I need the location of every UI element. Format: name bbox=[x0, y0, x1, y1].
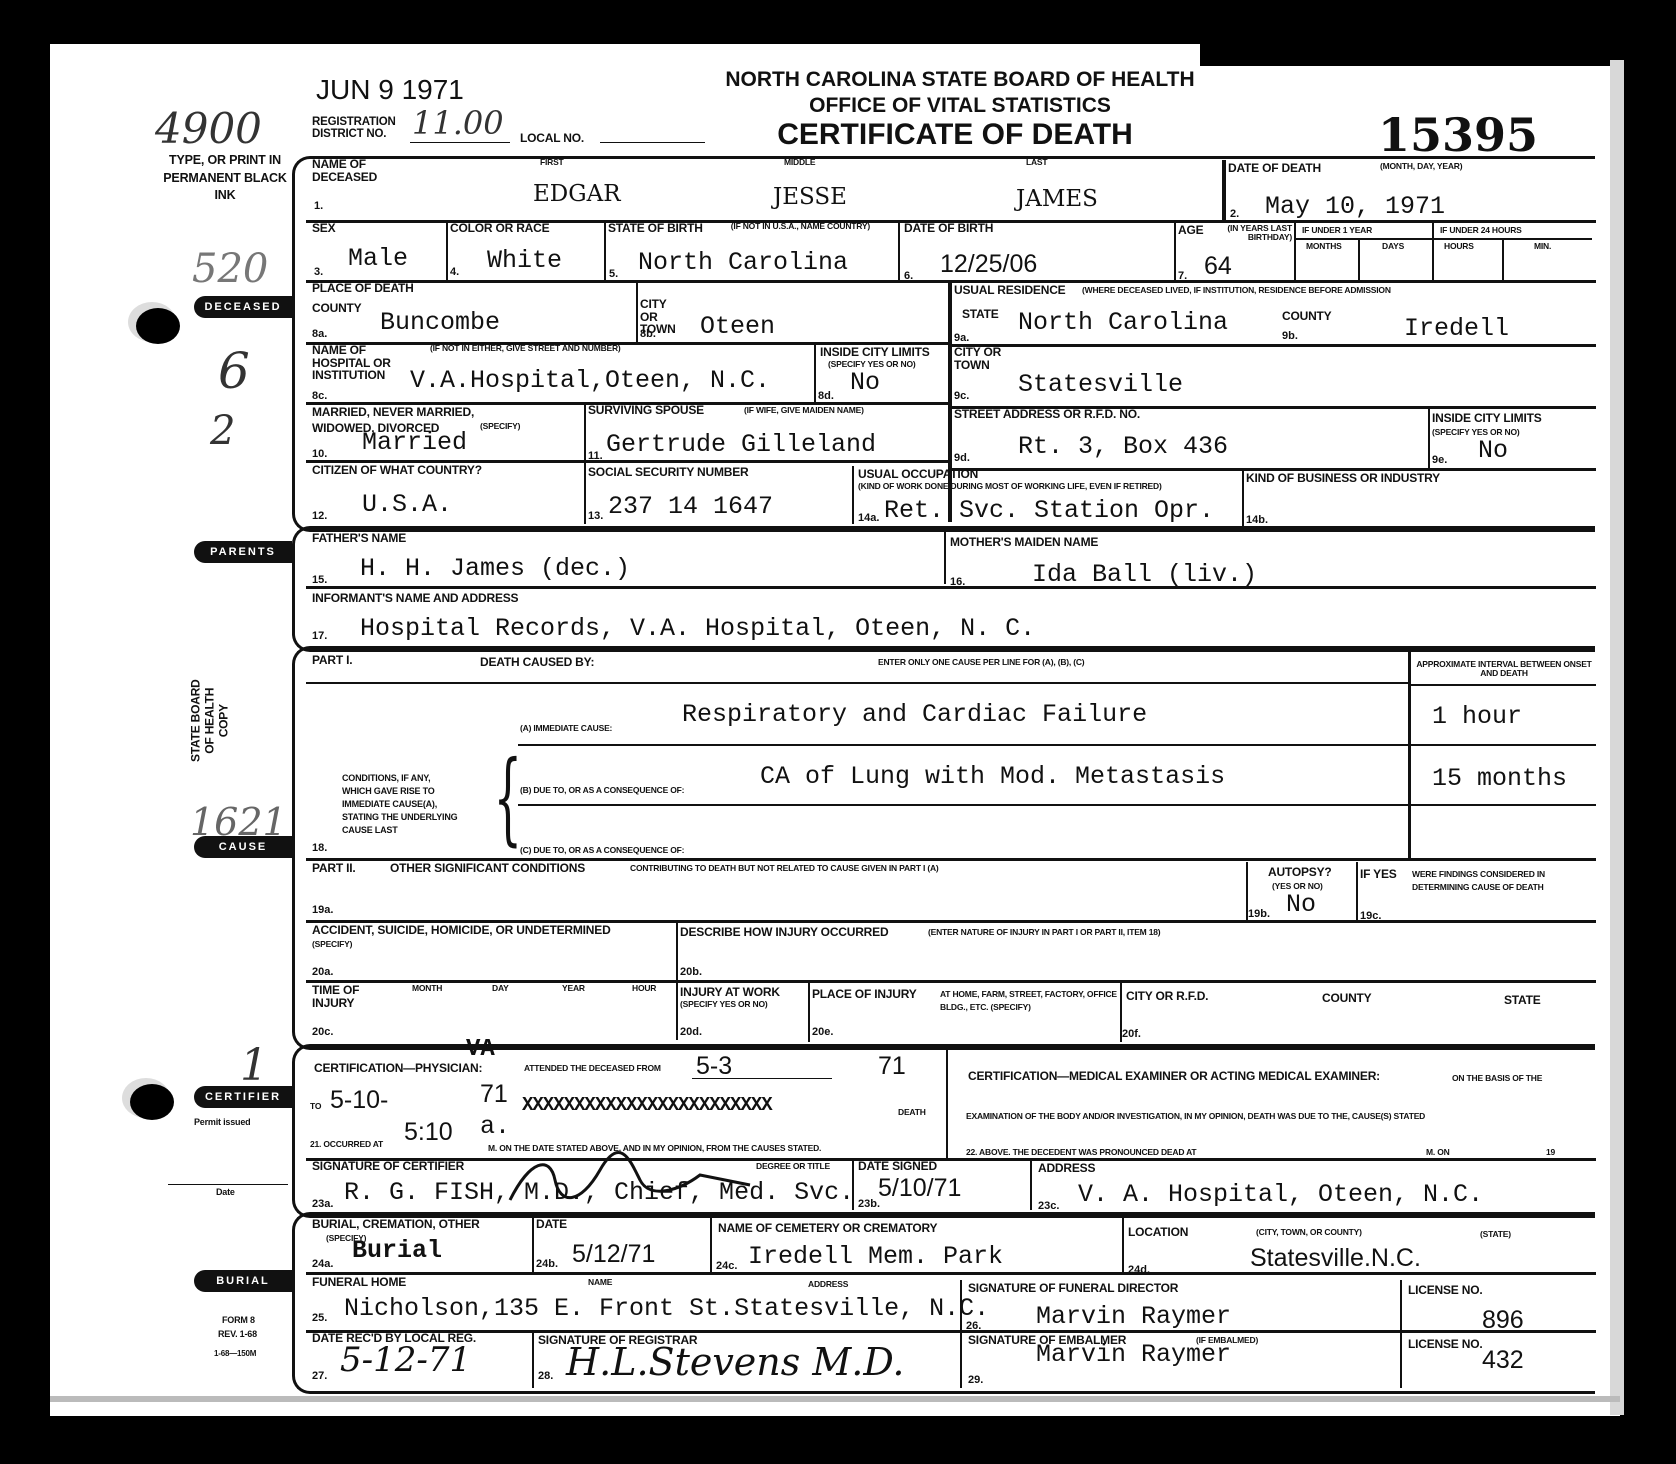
item-number-25: 25. bbox=[312, 1312, 327, 1324]
funeral-director-value: Marvin Raymer bbox=[1036, 1302, 1231, 1331]
signature-label: SIGNATURE OF CERTIFIER bbox=[312, 1160, 464, 1173]
hospital-label: NAME OF HOSPITAL OR INSTITUTION bbox=[312, 344, 400, 382]
occupation-label: USUAL OCCUPATION bbox=[858, 468, 978, 481]
cause-a-value: Respiratory and Cardiac Failure bbox=[682, 700, 1147, 729]
divider bbox=[604, 222, 606, 280]
item-number-20b: 20b. bbox=[680, 966, 702, 978]
date-of-death-value: May 10, 1971 bbox=[1265, 192, 1445, 221]
divider bbox=[814, 344, 816, 402]
divider bbox=[584, 460, 586, 524]
occupation-value: Ret. Svc. Station Opr. bbox=[884, 496, 1214, 525]
item-number-9d: 9d. bbox=[954, 452, 970, 464]
item-number-20d: 20d. bbox=[680, 1026, 702, 1038]
item-number-18: 18. bbox=[312, 842, 327, 854]
date-of-death-hint: (MONTH, DAY, YEAR) bbox=[1380, 162, 1462, 171]
divider bbox=[1242, 468, 1244, 526]
inside-city-label: INSIDE CITY LIMITS bbox=[820, 346, 930, 359]
divider bbox=[1294, 222, 1296, 280]
time-of-injury-label: TIME OF INJURY bbox=[312, 984, 372, 1009]
attended-from-year: 71 bbox=[878, 1052, 906, 1081]
burial-date-value: 5/12/71 bbox=[572, 1240, 655, 1269]
va-mark: VA bbox=[466, 1036, 495, 1063]
embalmer-license-value: 432 bbox=[1482, 1346, 1524, 1375]
row-divider bbox=[306, 586, 1596, 589]
divider bbox=[532, 1216, 534, 1272]
accident-label: ACCIDENT, SUICIDE, HOMICIDE, OR UNDETERM… bbox=[312, 924, 611, 937]
medical-examiner-19: 19 bbox=[1546, 1148, 1555, 1157]
funeral-home-value: Nicholson,135 E. Front St.Statesville, N… bbox=[344, 1294, 989, 1323]
divider bbox=[1502, 238, 1504, 280]
divider bbox=[710, 1216, 712, 1272]
punch-hole-top bbox=[136, 308, 180, 344]
item-number-14b: 14b. bbox=[1246, 514, 1268, 526]
injury-at-work-label: INJURY AT WORK bbox=[680, 986, 780, 999]
residence-city-label: CITY OR TOWN bbox=[954, 346, 1010, 371]
accident-hint: (SPECIFY) bbox=[312, 940, 352, 949]
findings-label: WERE FINDINGS CONSIDERED IN DETERMINING … bbox=[1412, 868, 1592, 894]
occupation-hint: (KIND OF WORK DONE DURING MOST OF WORKIN… bbox=[858, 482, 1218, 491]
divider bbox=[1122, 1218, 1124, 1274]
medical-examiner-text-2: EXAMINATION OF THE BODY AND/OR INVESTIGA… bbox=[966, 1112, 1425, 1121]
certifier-address-label: ADDRESS bbox=[1038, 1162, 1095, 1175]
item-number-23c: 23c. bbox=[1038, 1200, 1059, 1212]
item-number-8a: 8a. bbox=[312, 328, 327, 340]
injury-state-label: STATE bbox=[1504, 994, 1541, 1007]
divider bbox=[636, 282, 638, 342]
divider bbox=[1222, 160, 1226, 222]
location-hint: (CITY, TOWN, OR COUNTY) bbox=[1256, 1228, 1362, 1237]
divider bbox=[808, 980, 810, 1042]
registration-district-value: 11.00 bbox=[412, 104, 504, 142]
medical-examiner-label: CERTIFICATION—MEDICAL EXAMINER OR ACTING… bbox=[968, 1070, 1380, 1083]
divider bbox=[1432, 222, 1434, 280]
conditions-note: CONDITIONS, IF ANY, WHICH GAVE RISE TO I… bbox=[342, 772, 462, 837]
section-tab-burial: BURIAL bbox=[194, 1270, 292, 1292]
residence-inside-city-value: No bbox=[1478, 436, 1508, 465]
place-of-injury-hint: AT HOME, FARM, STREET, FACTORY, OFFICE B… bbox=[940, 988, 1120, 1014]
name-label: NAME OF DECEASED bbox=[312, 158, 382, 183]
residence-label: USUAL RESIDENCE bbox=[954, 284, 1065, 297]
divider bbox=[1356, 862, 1358, 922]
middle-name-value: JESSE bbox=[773, 184, 847, 210]
item-number-8b: 8b. bbox=[640, 328, 656, 340]
part1-label: PART I. bbox=[312, 654, 352, 667]
item-number-3: 3. bbox=[314, 266, 323, 278]
father-value: H. H. James (dec.) bbox=[360, 554, 630, 583]
spouse-label: SURVIVING SPOUSE bbox=[588, 404, 704, 417]
certificate-number: 15395 bbox=[1378, 108, 1538, 162]
ssn-value: 237 14 1647 bbox=[608, 492, 773, 521]
scan-edge-right bbox=[1610, 60, 1624, 1415]
state-of-birth-hint: (IF NOT IN U.S.A., NAME COUNTRY) bbox=[730, 222, 870, 231]
hospital-hint: (IF NOT IN EITHER, GIVE STREET AND NUMBE… bbox=[430, 344, 621, 353]
informant-label: INFORMANT'S NAME AND ADDRESS bbox=[312, 592, 518, 605]
item-number-1: 1. bbox=[314, 200, 323, 212]
injury-year-label: YEAR bbox=[562, 984, 585, 993]
last-name-value: JAMES bbox=[1016, 186, 1098, 212]
scan-edge-top bbox=[1200, 44, 1620, 66]
item-number-20e: 20e. bbox=[812, 1026, 833, 1038]
cause-b-interval: 15 months bbox=[1432, 764, 1567, 793]
medical-examiner-text-1: ON THE BASIS OF THE bbox=[1452, 1074, 1542, 1083]
director-license-label: LICENSE NO. bbox=[1408, 1284, 1482, 1297]
attended-to-value: 5-10- bbox=[330, 1086, 388, 1115]
item-number-8d: 8d. bbox=[818, 390, 834, 402]
state-of-birth-value: North Carolina bbox=[638, 248, 848, 277]
funeral-home-name-label: NAME bbox=[588, 1278, 612, 1287]
divider bbox=[1428, 408, 1430, 468]
permit-date-label: Date bbox=[216, 1188, 235, 1197]
cause-a-interval: 1 hour bbox=[1432, 702, 1522, 731]
one-cause-hint: ENTER ONLY ONE CAUSE PER LINE FOR (a), (… bbox=[878, 658, 1084, 667]
citizen-value: U.S.A. bbox=[362, 490, 452, 519]
funeral-home-address-label: ADDRESS bbox=[808, 1280, 848, 1289]
state-board-copy-label: STATE BOARD OF HEALTH COPY bbox=[189, 671, 230, 771]
location-value: Statesville.N.C. bbox=[1250, 1244, 1421, 1273]
death-label: DEATH bbox=[898, 1108, 926, 1117]
hospital-value: V.A.Hospital,Oteen, N.C. bbox=[410, 366, 770, 395]
inside-city-value: No bbox=[850, 368, 880, 397]
injury-day-label: DAY bbox=[492, 984, 509, 993]
item-number-28: 28. bbox=[538, 1370, 553, 1382]
item-number-9e: 9e. bbox=[1432, 454, 1447, 466]
attended-to-year: 71 bbox=[480, 1080, 508, 1109]
days-label: DAYS bbox=[1382, 242, 1404, 251]
divider bbox=[1030, 1158, 1032, 1210]
medical-examiner-m-on: M. ON bbox=[1426, 1148, 1450, 1157]
embalmer-value: Marvin Raymer bbox=[1036, 1340, 1231, 1369]
permit-issued-label: Permit issued bbox=[194, 1118, 250, 1127]
margin-note-6: 6 bbox=[218, 342, 250, 400]
under-24-hours-label: IF UNDER 24 HOURS bbox=[1440, 226, 1522, 235]
cemetery-label: NAME OF CEMETERY OR CREMATORY bbox=[718, 1222, 937, 1235]
scan-edge-bottom bbox=[50, 1396, 1620, 1402]
funeral-home-label: FUNERAL HOME bbox=[312, 1276, 406, 1289]
office-name: OFFICE OF VITAL STATISTICS bbox=[720, 94, 1200, 118]
item-number-29: 29. bbox=[968, 1374, 983, 1386]
local-no-underline bbox=[600, 142, 705, 143]
burial-date-label: DATE bbox=[536, 1218, 567, 1231]
injury-month-label: MONTH bbox=[412, 984, 442, 993]
age-value: 64 bbox=[1204, 252, 1232, 281]
residence-hint: (WHERE DECEASED LIVED, IF INSTITUTION, R… bbox=[1082, 286, 1391, 295]
ssn-label: SOCIAL SECURITY NUMBER bbox=[588, 466, 749, 479]
death-county-value: Buncombe bbox=[380, 308, 500, 337]
item-number-24b: 24b. bbox=[536, 1258, 558, 1270]
dob-label: DATE OF BIRTH bbox=[904, 222, 993, 235]
certifier-address-value: V. A. Hospital, Oteen, N.C. bbox=[1078, 1180, 1483, 1209]
first-name-value: EDGAR bbox=[533, 181, 621, 207]
cemetery-value: Iredell Mem. Park bbox=[748, 1242, 1003, 1271]
other-conditions-label: OTHER SIGNIFICANT CONDITIONS bbox=[390, 862, 585, 875]
divider bbox=[852, 1158, 854, 1210]
marital-status-hint: (SPECIFY) bbox=[480, 422, 520, 431]
other-conditions-hint: CONTRIBUTING TO DEATH BUT NOT RELATED TO… bbox=[630, 864, 939, 873]
item-number-9c: 9c. bbox=[954, 390, 969, 402]
item-number-24c: 24c. bbox=[716, 1260, 737, 1272]
row-divider bbox=[1410, 684, 1596, 686]
ink-instruction: TYPE, OR PRINT IN PERMANENT BLACK INK bbox=[160, 152, 290, 205]
divider bbox=[1358, 238, 1360, 280]
cause-b-label: (b) DUE TO, OR AS A CONSEQUENCE OF: bbox=[520, 786, 684, 795]
row-divider bbox=[950, 344, 1596, 347]
item-number-24a: 24a. bbox=[312, 1258, 333, 1270]
occurred-time-value: 5:10 bbox=[404, 1118, 453, 1147]
autopsy-label: AUTOPSY? bbox=[1268, 866, 1332, 879]
section-tab-deceased: DECEASED bbox=[194, 296, 292, 318]
place-of-injury-label: PLACE OF INJURY bbox=[812, 988, 917, 1001]
residence-county-value: Iredell bbox=[1404, 314, 1509, 343]
section-tab-certifier: CERTIFIER bbox=[194, 1086, 292, 1108]
registration-district-label: REGISTRATION DISTRICT NO. bbox=[312, 116, 407, 140]
date-of-death-label: DATE OF DEATH bbox=[1228, 162, 1321, 175]
residence-street-label: STREET ADDRESS OR R.F.D. No. bbox=[954, 408, 1140, 421]
middle-name-label: MIDDLE bbox=[784, 158, 815, 167]
divider bbox=[1400, 1280, 1402, 1388]
if-yes-label: IF YES bbox=[1360, 868, 1397, 881]
disposition-label: BURIAL, CREMATION, OTHER bbox=[312, 1218, 480, 1231]
state-of-birth-label: STATE OF BIRTH bbox=[608, 222, 703, 235]
brace-icon: { bbox=[493, 748, 522, 848]
dob-value: 12/25/06 bbox=[940, 250, 1037, 279]
cause-b-value: CA of Lung with Mod. Metastasis bbox=[760, 762, 1225, 791]
disposition-value: Burial bbox=[352, 1236, 442, 1265]
mother-label: MOTHER'S MAIDEN NAME bbox=[950, 536, 1098, 549]
cause-a-label: (a) IMMEDIATE CAUSE: bbox=[520, 724, 612, 733]
form-number: FORM 8 bbox=[222, 1316, 255, 1325]
location-state-hint: (STATE) bbox=[1480, 1230, 1511, 1239]
business-label: KIND OF BUSINESS OR INDUSTRY bbox=[1246, 472, 1440, 485]
item-number-10: 10. bbox=[312, 448, 327, 460]
divider bbox=[946, 1048, 948, 1158]
divider bbox=[960, 1280, 962, 1388]
hours-label: HOURS bbox=[1444, 242, 1474, 251]
item-number-12: 12. bbox=[312, 510, 327, 522]
date-signed-label: DATE SIGNED bbox=[858, 1160, 937, 1173]
place-of-death-label: PLACE OF DEATH bbox=[312, 282, 414, 295]
item-number-4: 4. bbox=[450, 266, 459, 278]
am-pm-value: a. bbox=[480, 1112, 510, 1141]
margin-note-1: 1 bbox=[240, 1040, 268, 1091]
item-number-17: 17. bbox=[312, 630, 327, 642]
spouse-value: Gertrude Gilleland bbox=[606, 430, 876, 459]
race-label: COLOR OR RACE bbox=[450, 222, 549, 235]
cause-c-label: (c) DUE TO, OR AS A CONSEQUENCE OF: bbox=[520, 846, 684, 855]
item-number-23a: 23a. bbox=[312, 1198, 333, 1210]
marital-status-value: Married bbox=[362, 428, 467, 457]
attended-from-label: ATTENDED THE DECEASED FROM bbox=[524, 1064, 661, 1073]
margin-note-520: 520 bbox=[192, 246, 268, 292]
divider bbox=[898, 222, 900, 280]
part2-label: PART II. bbox=[312, 862, 356, 875]
age-label: AGE bbox=[1178, 224, 1203, 237]
item-number-9a: 9a. bbox=[954, 332, 969, 344]
margin-note-4900: 4900 bbox=[155, 104, 262, 153]
document-title: CERTIFICATE OF DEATH bbox=[720, 118, 1190, 152]
death-county-label: COUNTY bbox=[312, 302, 361, 315]
item-number-19a: 19a. bbox=[312, 904, 333, 916]
death-city-value: Oteen bbox=[700, 312, 775, 341]
item-number-5: 5. bbox=[609, 268, 618, 280]
injury-county-label: COUNTY bbox=[1322, 992, 1371, 1005]
form-revision: REV. 1-68 bbox=[218, 1330, 257, 1339]
local-no-label: LOCAL NO. bbox=[520, 132, 584, 145]
degree-label: DEGREE OR TITLE bbox=[756, 1162, 830, 1171]
father-label: FATHER'S NAME bbox=[312, 532, 406, 545]
item-number-23b: 23b. bbox=[858, 1198, 880, 1210]
residence-state-value: North Carolina bbox=[1018, 308, 1228, 337]
injury-city-label: CITY OR R.F.D. bbox=[1126, 990, 1208, 1003]
item-number-9b: 9b. bbox=[1282, 330, 1298, 342]
interval-label: APPROXIMATE INTERVAL BETWEEN ONSET AND D… bbox=[1414, 660, 1594, 678]
item-number-27: 27. bbox=[312, 1370, 327, 1382]
under-1-year-label: IF UNDER 1 YEAR bbox=[1302, 226, 1372, 235]
divider bbox=[944, 528, 946, 584]
agency-name: NORTH CAROLINA STATE BOARD OF HEALTH bbox=[720, 68, 1200, 92]
underline bbox=[692, 1078, 832, 1079]
item-number-19b: 19b. bbox=[1248, 908, 1270, 920]
to-label: TO bbox=[310, 1102, 321, 1111]
row-divider bbox=[306, 1330, 1596, 1333]
autopsy-value: No bbox=[1286, 890, 1316, 919]
mother-value: Ida Ball (liv.) bbox=[1032, 560, 1257, 589]
injury-description-label: DESCRIBE HOW INJURY OCCURRED bbox=[680, 926, 888, 939]
divider bbox=[446, 222, 448, 280]
sex-label: SEX bbox=[312, 222, 335, 235]
registrar-signature-value: H.L.Stevens M.D. bbox=[566, 1340, 905, 1384]
death-caused-by-label: DEATH CAUSED BY: bbox=[480, 656, 594, 669]
row-divider bbox=[306, 682, 1408, 684]
item-number-20c: 20c. bbox=[312, 1026, 333, 1038]
physician-certification-label: CERTIFICATION—PHYSICIAN: bbox=[314, 1062, 482, 1075]
attended-from-value: 5-3 bbox=[696, 1052, 732, 1081]
item-number-15: 15. bbox=[312, 574, 327, 586]
divider bbox=[532, 1330, 534, 1388]
item-number-2: 2. bbox=[1230, 208, 1239, 220]
citizen-label: CITIZEN OF WHAT COUNTRY? bbox=[312, 464, 482, 477]
section-tab-parents: PARENTS bbox=[194, 541, 292, 563]
last-name-label: LAST bbox=[1026, 158, 1047, 167]
min-label: MIN. bbox=[1534, 242, 1551, 251]
permit-date-line bbox=[168, 1184, 288, 1185]
occurred-at-label: 21. OCCURRED AT bbox=[310, 1140, 383, 1149]
injury-description-hint: (ENTER NATURE OF INJURY IN PART I OR PAR… bbox=[928, 928, 1160, 937]
residence-city-value: Statesville bbox=[1018, 370, 1183, 399]
divider bbox=[1174, 222, 1176, 280]
row-divider bbox=[306, 1272, 1596, 1275]
residence-street-value: Rt. 3, Box 436 bbox=[1018, 432, 1228, 461]
informant-value: Hospital Records, V.A. Hospital, Oteen, … bbox=[360, 614, 1035, 643]
certifier-signature-scrawl-icon bbox=[500, 1150, 760, 1210]
medical-examiner-text-3: 22. ABOVE. THE DECEDENT WAS PRONOUNCED D… bbox=[966, 1148, 1196, 1157]
divider bbox=[1294, 238, 1434, 240]
section-tab-cause: CAUSE bbox=[194, 836, 292, 858]
date-signed-value: 5/10/71 bbox=[878, 1174, 961, 1203]
residence-state-label: STATE bbox=[962, 308, 999, 321]
location-label: LOCATION bbox=[1128, 1226, 1188, 1239]
divider bbox=[852, 466, 854, 524]
margin-note-2: 2 bbox=[210, 408, 235, 454]
embalmer-license-label: LICENSE NO. bbox=[1408, 1338, 1482, 1351]
row-divider bbox=[518, 804, 1596, 806]
punch-hole-bottom bbox=[130, 1084, 174, 1120]
age-hint: (IN YEARS LAST BIRTHDAY) bbox=[1208, 224, 1292, 242]
form-print-run: 1-68—150M bbox=[214, 1350, 256, 1358]
injury-hour-label: HOUR bbox=[632, 984, 656, 993]
item-number-20a: 20a. bbox=[312, 966, 333, 978]
sex-value: Male bbox=[348, 244, 408, 273]
item-number-8c: 8c. bbox=[312, 390, 327, 402]
item-number-20f: 20f. bbox=[1122, 1028, 1141, 1040]
first-name-label: FIRST bbox=[540, 158, 564, 167]
registration-district-underline bbox=[410, 142, 510, 143]
date-received-value: 5-12-71 bbox=[340, 1340, 471, 1380]
funeral-director-label: SIGNATURE OF FUNERAL DIRECTOR bbox=[968, 1282, 1178, 1295]
injury-at-work-hint: (SPECIFY YES OR NO) bbox=[680, 1000, 768, 1009]
divider bbox=[1432, 238, 1592, 240]
months-label: MONTHS bbox=[1306, 242, 1342, 251]
struck-text: XXXXXXXXXXXXXXXXXXXXXXXX bbox=[522, 1094, 772, 1116]
residence-inside-city-label: INSIDE CITY LIMITS bbox=[1432, 412, 1542, 425]
divider bbox=[584, 402, 586, 460]
row-divider bbox=[518, 744, 1596, 746]
residence-county-label: COUNTY bbox=[1282, 310, 1331, 323]
item-number-13: 13. bbox=[588, 510, 603, 522]
race-value: White bbox=[487, 246, 562, 275]
spouse-hint: (IF WIFE, GIVE MAIDEN NAME) bbox=[744, 406, 864, 415]
received-stamp-date: JUN 9 1971 bbox=[316, 74, 464, 106]
item-number-14a: 14a. bbox=[858, 512, 879, 524]
